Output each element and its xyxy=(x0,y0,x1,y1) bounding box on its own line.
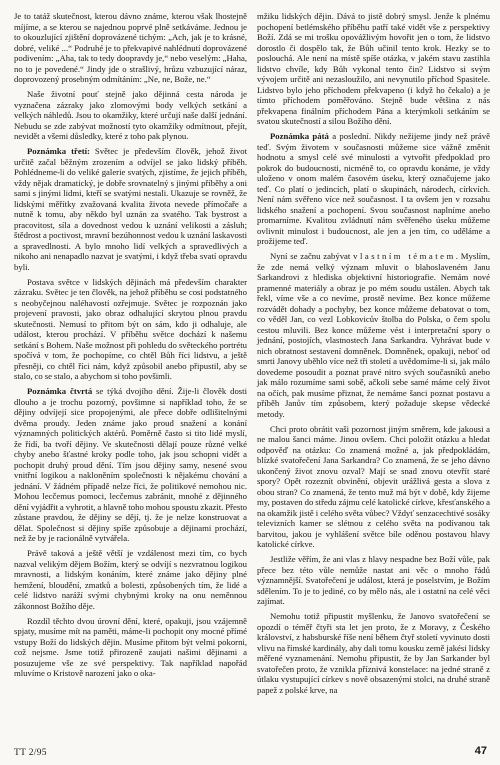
paragraph: Nemohu totiž připustit myšlenku, že Jano… xyxy=(257,611,490,695)
text-segment-normal: mžiku lidských dějin. Dává to jistě dobr… xyxy=(257,11,490,126)
paragraph: Poznámka čtvrtá se týká dvojího dění. Ži… xyxy=(14,386,247,544)
text-segment-normal: Jestliže věřím, že ani vlas z hlavy nesp… xyxy=(257,554,490,606)
paragraph: Rozdíl těchto dvou úrovní dění, které, o… xyxy=(14,616,247,679)
text-segment-normal: Nyní se začnu zabývat xyxy=(270,251,353,261)
paragraph: Naše životní pouť stejně jako dějinná ce… xyxy=(14,89,247,142)
left-column: Je to tatáž skutečnost, kterou dávno zná… xyxy=(14,11,247,700)
paragraph: Poznámka třetí: Světec je především člov… xyxy=(14,146,247,272)
text-segment-normal: Je to tatáž skutečnost, kterou dávno zná… xyxy=(14,11,247,84)
text-segment-normal: Rozdíl těchto dvou úrovní dění, které, o… xyxy=(14,616,247,679)
paragraph: Chci proto obrátit vaši pozornost jiným … xyxy=(257,424,490,550)
text-segment-normal: Chci proto obrátit vaši pozornost jiným … xyxy=(257,424,490,550)
text-segment-normal: Postava světce v lidských dějinách má př… xyxy=(14,277,247,382)
text-segment-normal: . Myslím, že zde nemá velký význam mluvi… xyxy=(257,251,490,419)
scanned-page: Je to tatáž skutečnost, kterou dávno zná… xyxy=(0,0,500,765)
text-segment-normal: Světec je především člověk, jehož život … xyxy=(14,146,247,272)
paragraph: Nyní se začnu zabývat vlastním tématem. … xyxy=(257,251,490,419)
text-segment-bold: Poznámka pátá xyxy=(270,131,329,141)
text-segment-spaced: vlastním tématem xyxy=(353,251,456,261)
text-segment-normal: se týká dvojího dění. Žije-li člověk dos… xyxy=(14,386,247,543)
text-segment-normal: a poslední. Nikdy nežijeme jindy než prá… xyxy=(257,131,490,246)
paragraph: mžiku lidských dějin. Dává to jistě dobr… xyxy=(257,11,490,127)
text-columns: Je to tatáž skutečnost, kterou dávno zná… xyxy=(14,11,490,700)
paragraph: Právě taková a ještě větší je vzdálenost… xyxy=(14,548,247,611)
text-segment-bold: Poznámka čtvrtá xyxy=(27,386,92,396)
paragraph: Jestliže věřím, že ani vlas z hlavy nesp… xyxy=(257,554,490,607)
paragraph: Poznámka pátá a poslední. Nikdy nežijeme… xyxy=(257,131,490,247)
text-segment-normal: Nemohu totiž připustit myšlenku, že Jano… xyxy=(257,611,490,695)
footer-issue-label: TT 2/95 xyxy=(14,748,47,758)
text-segment-bold: Poznámka třetí: xyxy=(27,146,90,156)
paragraph: Postava světce v lidských dějinách má př… xyxy=(14,277,247,382)
text-segment-normal: Naše životní pouť stejně jako dějinná ce… xyxy=(14,89,247,141)
text-segment-normal: Právě taková a ještě větší je vzdálenost… xyxy=(14,548,247,611)
paragraph: Je to tatáž skutečnost, kterou dávno zná… xyxy=(14,11,247,85)
footer-page-number: 47 xyxy=(475,745,487,757)
right-column: mžiku lidských dějin. Dává to jistě dobr… xyxy=(257,11,490,700)
